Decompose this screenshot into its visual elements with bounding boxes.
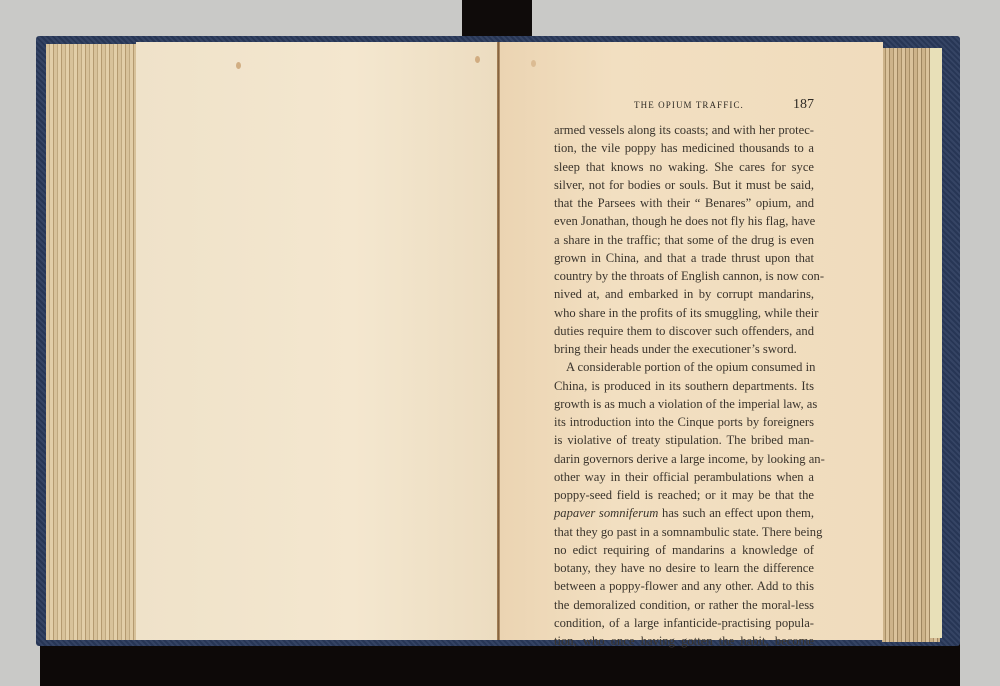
- text-line: tion, the vile poppy has medicined thous…: [554, 139, 814, 157]
- text-line: the demoralized condition, or rather the…: [554, 596, 814, 614]
- foxing-spot: [475, 56, 480, 63]
- left-page-edges: [46, 44, 138, 640]
- text-line: is violative of treaty stipulation. The …: [554, 431, 814, 449]
- text-line-italic: papaver somniferum has such an effect up…: [554, 504, 814, 522]
- text-line: even Jonathan, though he does not fly hi…: [554, 212, 814, 230]
- text-line: poppy-seed field is reached; or it may b…: [554, 486, 814, 504]
- text-line: duties require them to discover such off…: [554, 322, 814, 340]
- italic-phrase: papaver somniferum: [554, 506, 658, 520]
- text-line: silver, not for bodies or souls. But it …: [554, 176, 814, 194]
- text-line: who share in the profits of its smugglin…: [554, 304, 814, 322]
- text-line: that they go past in a somnambulic state…: [554, 523, 814, 541]
- left-page-blank: [136, 42, 499, 640]
- running-head: THE OPIUM TRAFFIC. 187: [554, 97, 814, 115]
- text-line: sleep that knows no waking. She cares fo…: [554, 158, 814, 176]
- text-line: tion, who once having gotten the habit, …: [554, 632, 814, 650]
- text-line: China, is produced in its southern depar…: [554, 377, 814, 395]
- text-line-paragraph-start: A considerable portion of the opium cons…: [554, 358, 814, 376]
- book-gutter: [497, 42, 500, 640]
- italic-line-rest: has such an effect upon them,: [658, 506, 814, 520]
- text-line: its introduction into the Cinque ports b…: [554, 413, 814, 431]
- text-line: grown in China, and that a trade thrust …: [554, 249, 814, 267]
- text-line: bring their heads under the executioner’…: [554, 340, 814, 358]
- foxing-spot: [236, 62, 241, 69]
- text-line: darin governors derive a large income, b…: [554, 450, 814, 468]
- text-line: other way in their official perambulatio…: [554, 468, 814, 486]
- text-line: nived at, and embarked in by corrupt man…: [554, 285, 814, 303]
- text-line: no edict requiring of mandarins a knowle…: [554, 541, 814, 559]
- text-line: growth is as much a violation of the imp…: [554, 395, 814, 413]
- text-line: country by the throats of English cannon…: [554, 267, 814, 285]
- text-line: botany, they have no desire to learn the…: [554, 559, 814, 577]
- text-line: armed vessels along its coasts; and with…: [554, 121, 814, 139]
- running-head-title: THE OPIUM TRAFFIC.: [634, 100, 744, 110]
- page-number: 187: [793, 97, 814, 113]
- text-line: condition, of a large infanticide-practi…: [554, 614, 814, 632]
- foxing-spot: [531, 60, 536, 67]
- right-endpaper: [930, 48, 942, 638]
- text-line: a share in the traffic; that some of the…: [554, 231, 814, 249]
- text-line: that the Parsees with their “ Benares” o…: [554, 194, 814, 212]
- page-body-text: armed vessels along its coasts; and with…: [554, 121, 814, 650]
- background-shadow-top: [462, 0, 532, 40]
- text-line: between a poppy-flower and any other. Ad…: [554, 577, 814, 595]
